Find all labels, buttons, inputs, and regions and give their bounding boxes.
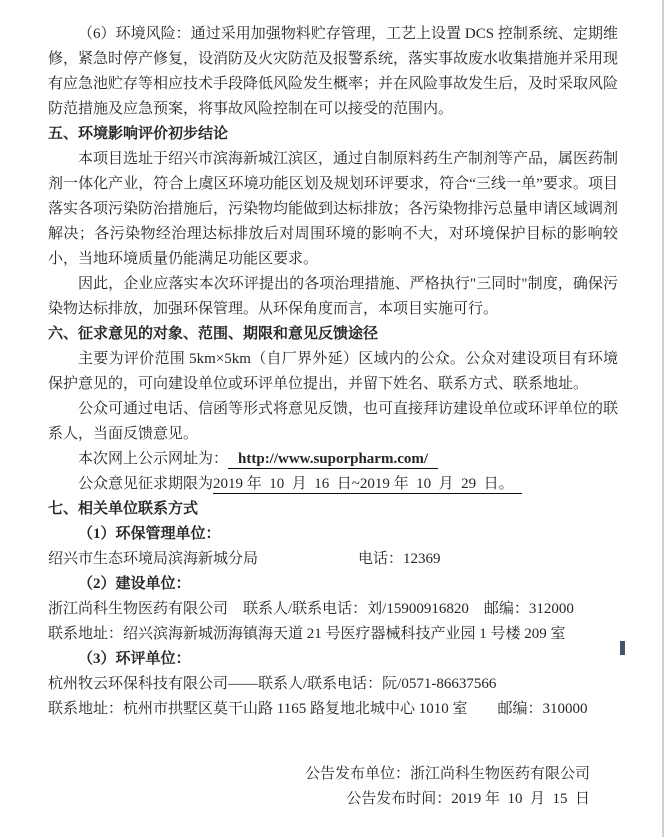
cursor-artifact <box>620 641 625 655</box>
unit3-address-line: 联系地址：杭州市拱墅区莫干山路 1165 路复地北城中心 1010 室 邮编：3… <box>48 697 618 722</box>
unit3-heading: （3）环评单位： <box>48 647 618 672</box>
document-page: （6）环境风险：通过采用加强物料贮存管理，工艺上设置 DCS 控制系统、定期维修… <box>0 0 666 837</box>
section7-heading: 七、相关单位联系方式 <box>48 497 618 522</box>
unit2-address-line: 联系地址：绍兴滨海新城沥海镇海天道 21 号医疗器械科技产业园 1 号楼 209… <box>48 622 618 647</box>
page-edge-divider <box>662 0 664 837</box>
unit1-contact-line: 绍兴市生态环境局滨海新城分局电话：12369 <box>48 547 618 572</box>
environmental-risk-paragraph: （6）环境风险：通过采用加强物料贮存管理，工艺上设置 DCS 控制系统、定期维修… <box>48 22 618 122</box>
unit1-heading: （1）环保管理单位： <box>48 522 618 547</box>
section6-heading: 六、征求意见的对象、范围、期限和意见反馈途径 <box>48 322 618 347</box>
unit2-contact-line: 浙江尚科生物医药有限公司 联系人/联系电话：刘/15900916820 邮编：3… <box>48 597 618 622</box>
announcement-publisher: 公告发布单位：浙江尚科生物医药有限公司 <box>48 762 590 787</box>
section6-paragraph-2: 公众可通过电话、信函等形式将意见反馈，也可直接拜访建设单位或环评单位的联系人，当… <box>48 397 618 447</box>
section5-paragraph-1: 本项目选址于绍兴市滨海新城江滨区，通过自制原料药生产制剂等产品，属医药制剂一体化… <box>48 147 618 272</box>
publicity-url-line: 本次网上公示网址为：http://www.suporpharm.com/ <box>48 447 618 472</box>
unit2-heading: （2）建设单位： <box>48 572 618 597</box>
unit3-contact-line: 杭州牧云环保科技有限公司——联系人/联系电话：阮/0571-86637566 <box>48 672 618 697</box>
publicity-url-label: 本次网上公示网址为： <box>78 451 228 467</box>
unit1-phone: 电话：12369 <box>358 547 441 572</box>
unit1-name: 绍兴市生态环境局滨海新城分局 <box>48 547 258 572</box>
section6-paragraph-1: 主要为评价范围 5km×5km（自厂界外延）区域内的公众。公众对建设项目有环境保… <box>48 347 618 397</box>
comment-period-line: 公众意见征求期限为2019 年 10 月 16 日~2019 年 10 月 29… <box>48 472 618 497</box>
section5-paragraph-2: 因此，企业应落实本次环评提出的各项治理措施、严格执行"三同时"制度，确保污染物达… <box>48 272 618 322</box>
announcement-footer: 公告发布单位：浙江尚科生物医药有限公司 公告发布时间：2019 年 10 月 1… <box>48 762 618 812</box>
announcement-date: 公告发布时间：2019 年 10 月 15 日 <box>48 787 590 812</box>
comment-period-label: 公众意见征求期限为 <box>78 476 213 492</box>
comment-period-value: 2019 年 10 月 16 日~2019 年 10 月 29 日。 <box>213 476 522 494</box>
section5-heading: 五、环境影响评价初步结论 <box>48 122 618 147</box>
publicity-url-link[interactable]: http://www.suporpharm.com/ <box>228 451 438 469</box>
